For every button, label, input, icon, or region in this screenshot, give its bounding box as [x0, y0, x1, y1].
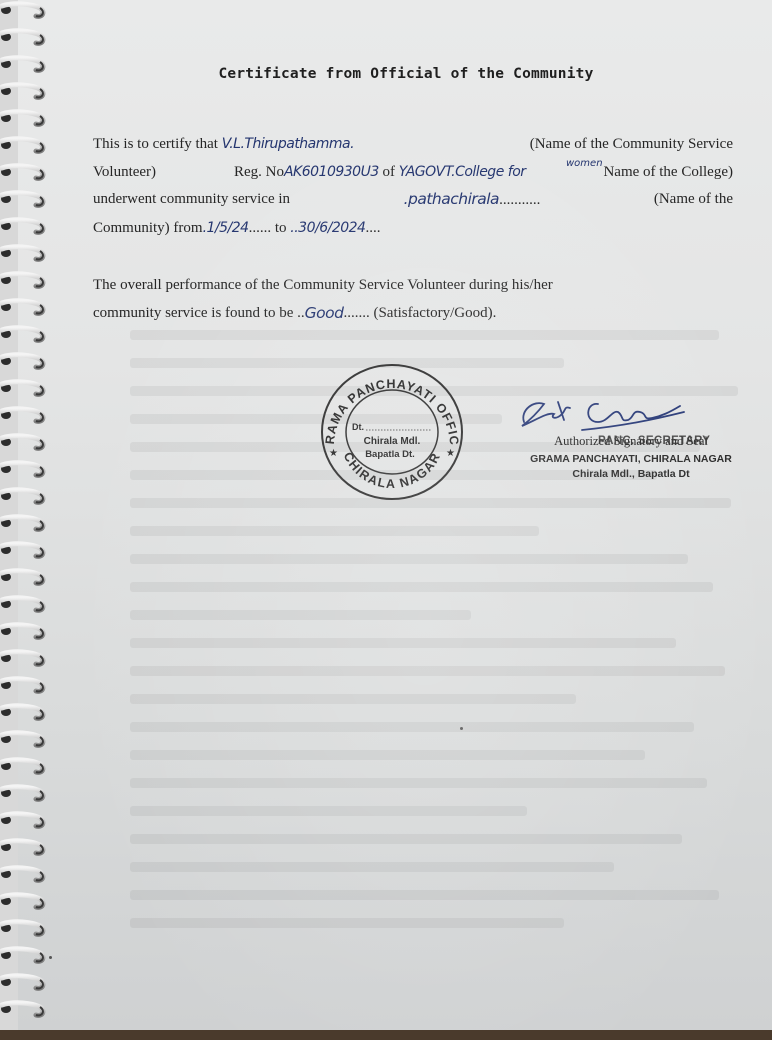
community-label: (Name of the: [654, 186, 733, 215]
to-label: to: [275, 215, 287, 243]
community-label-end: Community) from: [93, 215, 203, 243]
secretary-overstamp: PANC. SECRETARY: [598, 435, 710, 447]
stamp-inner-district: Bapatla Dt.: [365, 449, 415, 460]
from-dots: ......: [249, 215, 272, 243]
performance-paragraph: The overall performance of the Community…: [93, 272, 733, 327]
of-label: of: [383, 164, 396, 180]
svg-text:GRAMA PANCHAYATI OFFICE: GRAMA PANCHAYATI OFFICE: [318, 360, 461, 446]
signatory-label-row: Authorized Signatory and Seal PANC. SECR…: [506, 434, 756, 449]
paper-speck: [49, 956, 52, 959]
stamp-outer-top-text: GRAMA PANCHAYATI OFFICE: [318, 360, 461, 446]
college-name-handwritten: YAGOVT.College for: [399, 164, 526, 180]
reg-label: Reg. No: [234, 164, 284, 180]
community-group: .pathachirala...........: [404, 186, 541, 215]
signatory-block: Authorized Signatory and Seal PANC. SECR…: [506, 434, 756, 480]
college-label: Name of the College): [603, 159, 733, 187]
community-name-handwritten: .pathachirala: [404, 190, 500, 208]
signatory-office: GRAMA PANCHAYATI, CHIRALA NAGAR: [506, 453, 756, 465]
signatory-location: Chirala Mdl., Bapatla Dt: [506, 468, 756, 480]
name-label: (Name of the Community Service: [530, 131, 733, 159]
to-date-handwritten: ..30/6/2024: [290, 215, 365, 243]
certify-prefix-text: This is to certify that: [93, 136, 218, 152]
rating-options: (Satisfactory/Good).: [373, 300, 496, 328]
college-annotation-handwritten: women: [566, 150, 603, 178]
certificate-page: Certificate from Official of the Communi…: [0, 0, 772, 1030]
community-dots: ...........: [499, 192, 540, 208]
svg-text:★: ★: [329, 448, 338, 459]
panchayat-seal-stamp: GRAMA PANCHAYATI OFFICE CHIRALA NAGAR ★ …: [318, 360, 466, 502]
volunteer-name-handwritten: V.L.Thirupathamma.: [222, 136, 354, 152]
handwritten-signature: [512, 390, 692, 436]
from-date-handwritten: .1/5/24: [203, 215, 249, 243]
volunteer-label-end: Volunteer): [93, 159, 156, 187]
certificate-title: Certificate from Official of the Communi…: [0, 66, 772, 82]
paper-speck: [460, 727, 463, 730]
performance-line1: The overall performance of the Community…: [93, 272, 553, 300]
stamp-inner-dt: Dt.: [352, 422, 364, 432]
rating-handwritten: Good: [305, 300, 344, 328]
certify-prefix: This is to certify that V.L.Thirupathamm…: [93, 131, 354, 159]
rating-dots: .......: [343, 300, 369, 328]
reg-number-handwritten: AK6010930U3: [284, 164, 379, 180]
to-dots: ....: [365, 215, 380, 243]
spiral-binding: [0, 0, 46, 1030]
svg-text:★: ★: [446, 448, 455, 459]
stamp-inner-mandal: Chirala Mdl.: [364, 436, 421, 447]
performance-prefix: community service is found to be ..: [93, 300, 305, 328]
certification-paragraph: This is to certify that V.L.Thirupathamm…: [93, 131, 733, 242]
reg-number-group: Reg. NoAK6010930U3 of YAGOVT.College for: [234, 159, 526, 187]
underwent-text: underwent community service in: [93, 186, 290, 215]
